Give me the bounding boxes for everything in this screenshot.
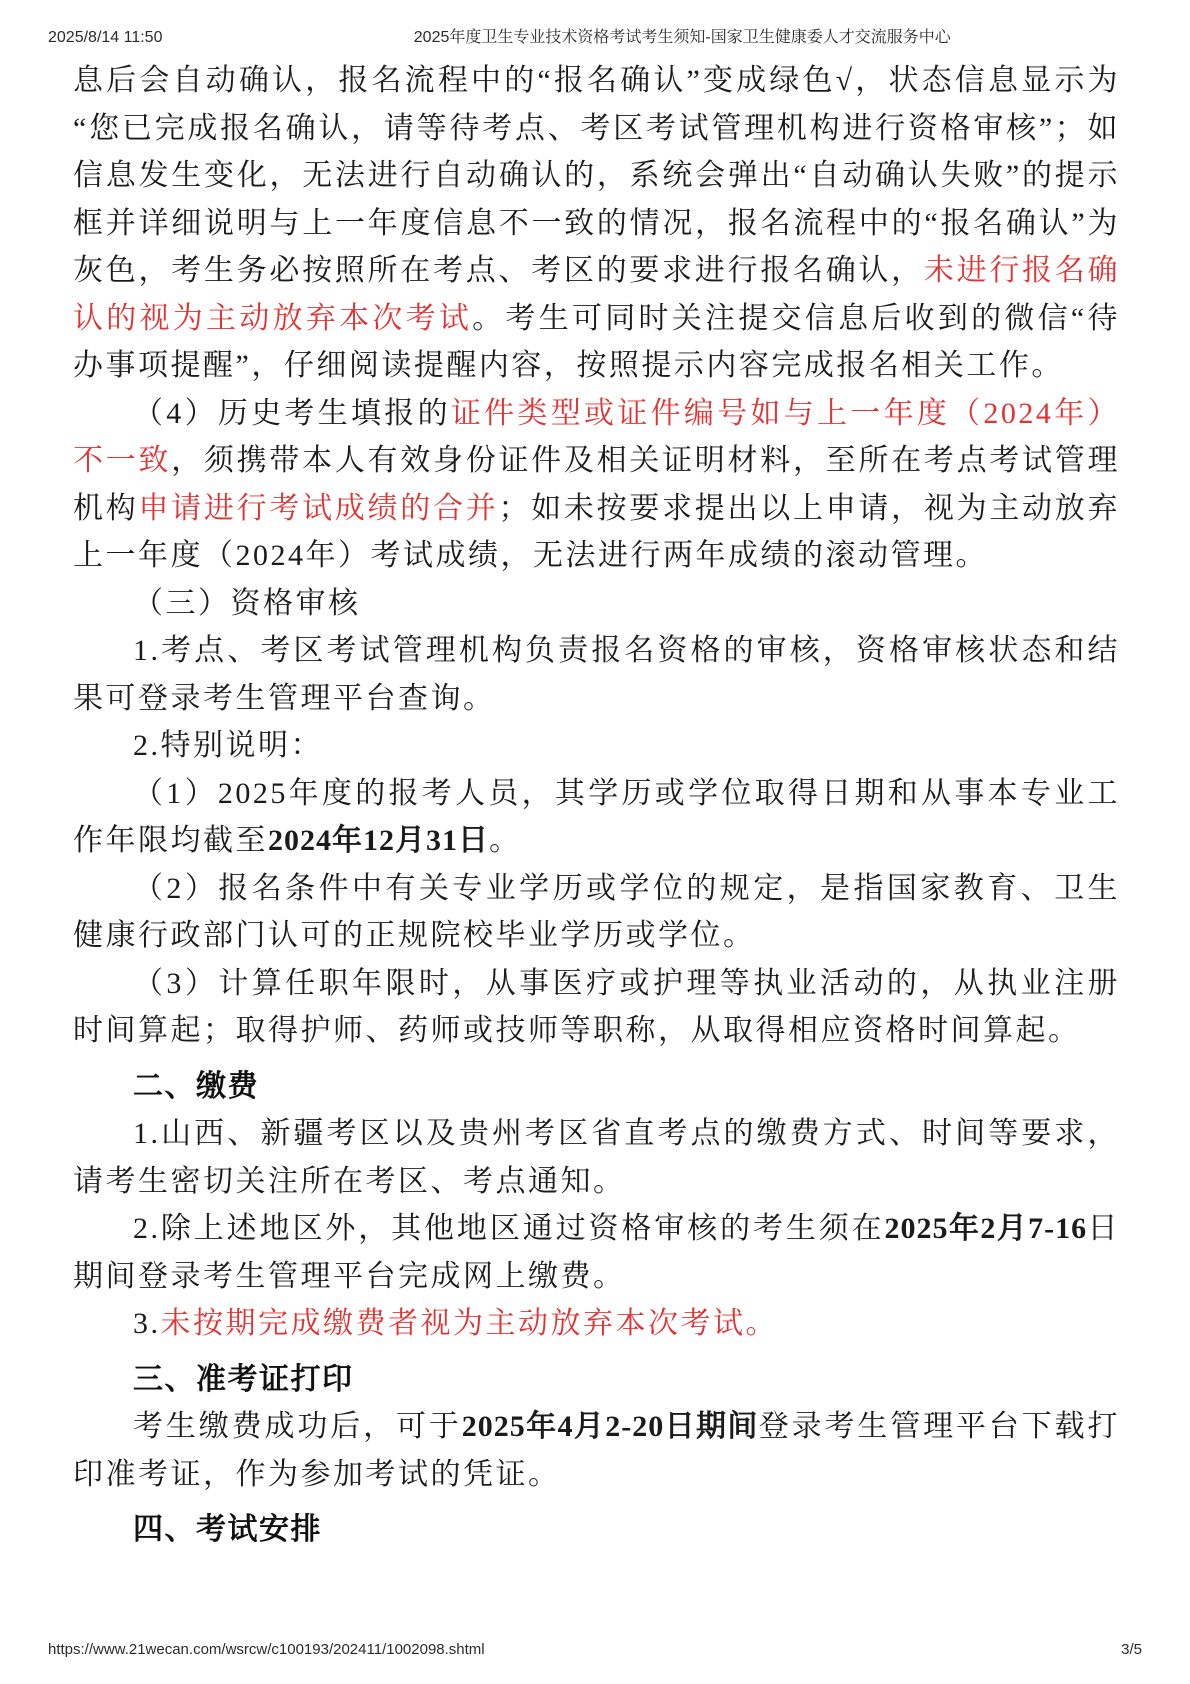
- print-footer: https://www.21wecan.com/wsrcw/c100193/20…: [48, 1641, 1142, 1658]
- text-run: （3）计算任职年限时，从事医疗或护理等执业活动的，从执业注册时间算起；取得护师、…: [73, 967, 1120, 1048]
- text-run: 2.特别说明：: [133, 729, 323, 762]
- text-run: 三、准考证打印: [133, 1363, 354, 1396]
- print-header: 2025/8/14 11:50 2025年度卫生专业技术资格考试考生须知-国家卫…: [48, 24, 1142, 47]
- highlighted-text: 申请进行考试成绩的合并: [138, 492, 498, 525]
- paragraph: 1.考点、考区考试管理机构负责报名资格的审核，资格审核状态和结果可登录考生管理平…: [73, 627, 1120, 722]
- bold-date-text: 2024年12月31日: [268, 824, 489, 857]
- text-run: 2.除上述地区外，其他地区通过资格审核的考生须在: [133, 1212, 885, 1245]
- text-run: 1.山西、新疆考区以及贵州考区省直考点的缴费方式、时间等要求，请考生密切关注所在…: [73, 1117, 1120, 1198]
- section-heading: 二、缴费: [73, 1063, 1120, 1111]
- text-run: 四、考试安排: [133, 1513, 322, 1546]
- paragraph: （3）计算任职年限时，从事医疗或护理等执业活动的，从执业注册时间算起；取得护师、…: [73, 960, 1120, 1055]
- text-run: 3.: [133, 1307, 161, 1340]
- bold-date-text: 2025年2月7-16: [885, 1212, 1088, 1245]
- paragraph: （4）历史考生填报的证件类型或证件编号如与上一年度（2024年）不一致，须携带本…: [73, 390, 1120, 580]
- text-run: 。: [489, 824, 522, 857]
- text-run: （1）2025年度的报考人员，其学历或学位取得日期和从事本专业工作年限均截至: [73, 777, 1120, 858]
- section-heading: 三、准考证打印: [73, 1356, 1120, 1404]
- paragraph: 2.特别说明：: [73, 722, 1120, 770]
- document-body: 息后会自动确认，报名流程中的“报名确认”变成绿色√，状态信息显示为“您已完成报名…: [73, 57, 1120, 1554]
- text-run: 考生缴费成功后，可于: [133, 1410, 462, 1443]
- page-number: 3/5: [1121, 1641, 1142, 1658]
- paragraph: （三）资格审核: [73, 580, 1120, 628]
- page-title: 2025年度卫生专业技术资格考试考生须知-国家卫生健康委人才交流服务中心: [162, 24, 1142, 47]
- text-run: （4）历史考生填报的: [133, 397, 451, 430]
- paragraph: （1）2025年度的报考人员，其学历或学位取得日期和从事本专业工作年限均截至20…: [73, 770, 1120, 865]
- highlighted-text: 未按期完成缴费者视为主动放弃本次考试。: [161, 1307, 779, 1340]
- footer-url: https://www.21wecan.com/wsrcw/c100193/20…: [48, 1641, 485, 1658]
- paragraph: 考生缴费成功后，可于2025年4月2-20日期间登录考生管理平台下载打印准考证，…: [73, 1403, 1120, 1498]
- paragraph: 1.山西、新疆考区以及贵州考区省直考点的缴费方式、时间等要求，请考生密切关注所在…: [73, 1110, 1120, 1205]
- section-heading: 四、考试安排: [73, 1506, 1120, 1554]
- header-datetime: 2025/8/14 11:50: [48, 29, 162, 47]
- text-run: 1.考点、考区考试管理机构负责报名资格的审核，资格审核状态和结果可登录考生管理平…: [73, 634, 1120, 715]
- paragraph: 2.除上述地区外，其他地区通过资格审核的考生须在2025年2月7-16日期间登录…: [73, 1205, 1120, 1300]
- bold-date-text: 2025年4月2-20日期间: [462, 1410, 759, 1443]
- text-run: （三）资格审核: [133, 587, 361, 620]
- paragraph: （2）报名条件中有关专业学历或学位的规定，是指国家教育、卫生健康行政部门认可的正…: [73, 865, 1120, 960]
- paragraph: 3.未按期完成缴费者视为主动放弃本次考试。: [73, 1300, 1120, 1348]
- text-run: 二、缴费: [133, 1070, 259, 1103]
- paragraph: 息后会自动确认，报名流程中的“报名确认”变成绿色√，状态信息显示为“您已完成报名…: [73, 57, 1120, 390]
- text-run: （2）报名条件中有关专业学历或学位的规定，是指国家教育、卫生健康行政部门认可的正…: [73, 872, 1120, 953]
